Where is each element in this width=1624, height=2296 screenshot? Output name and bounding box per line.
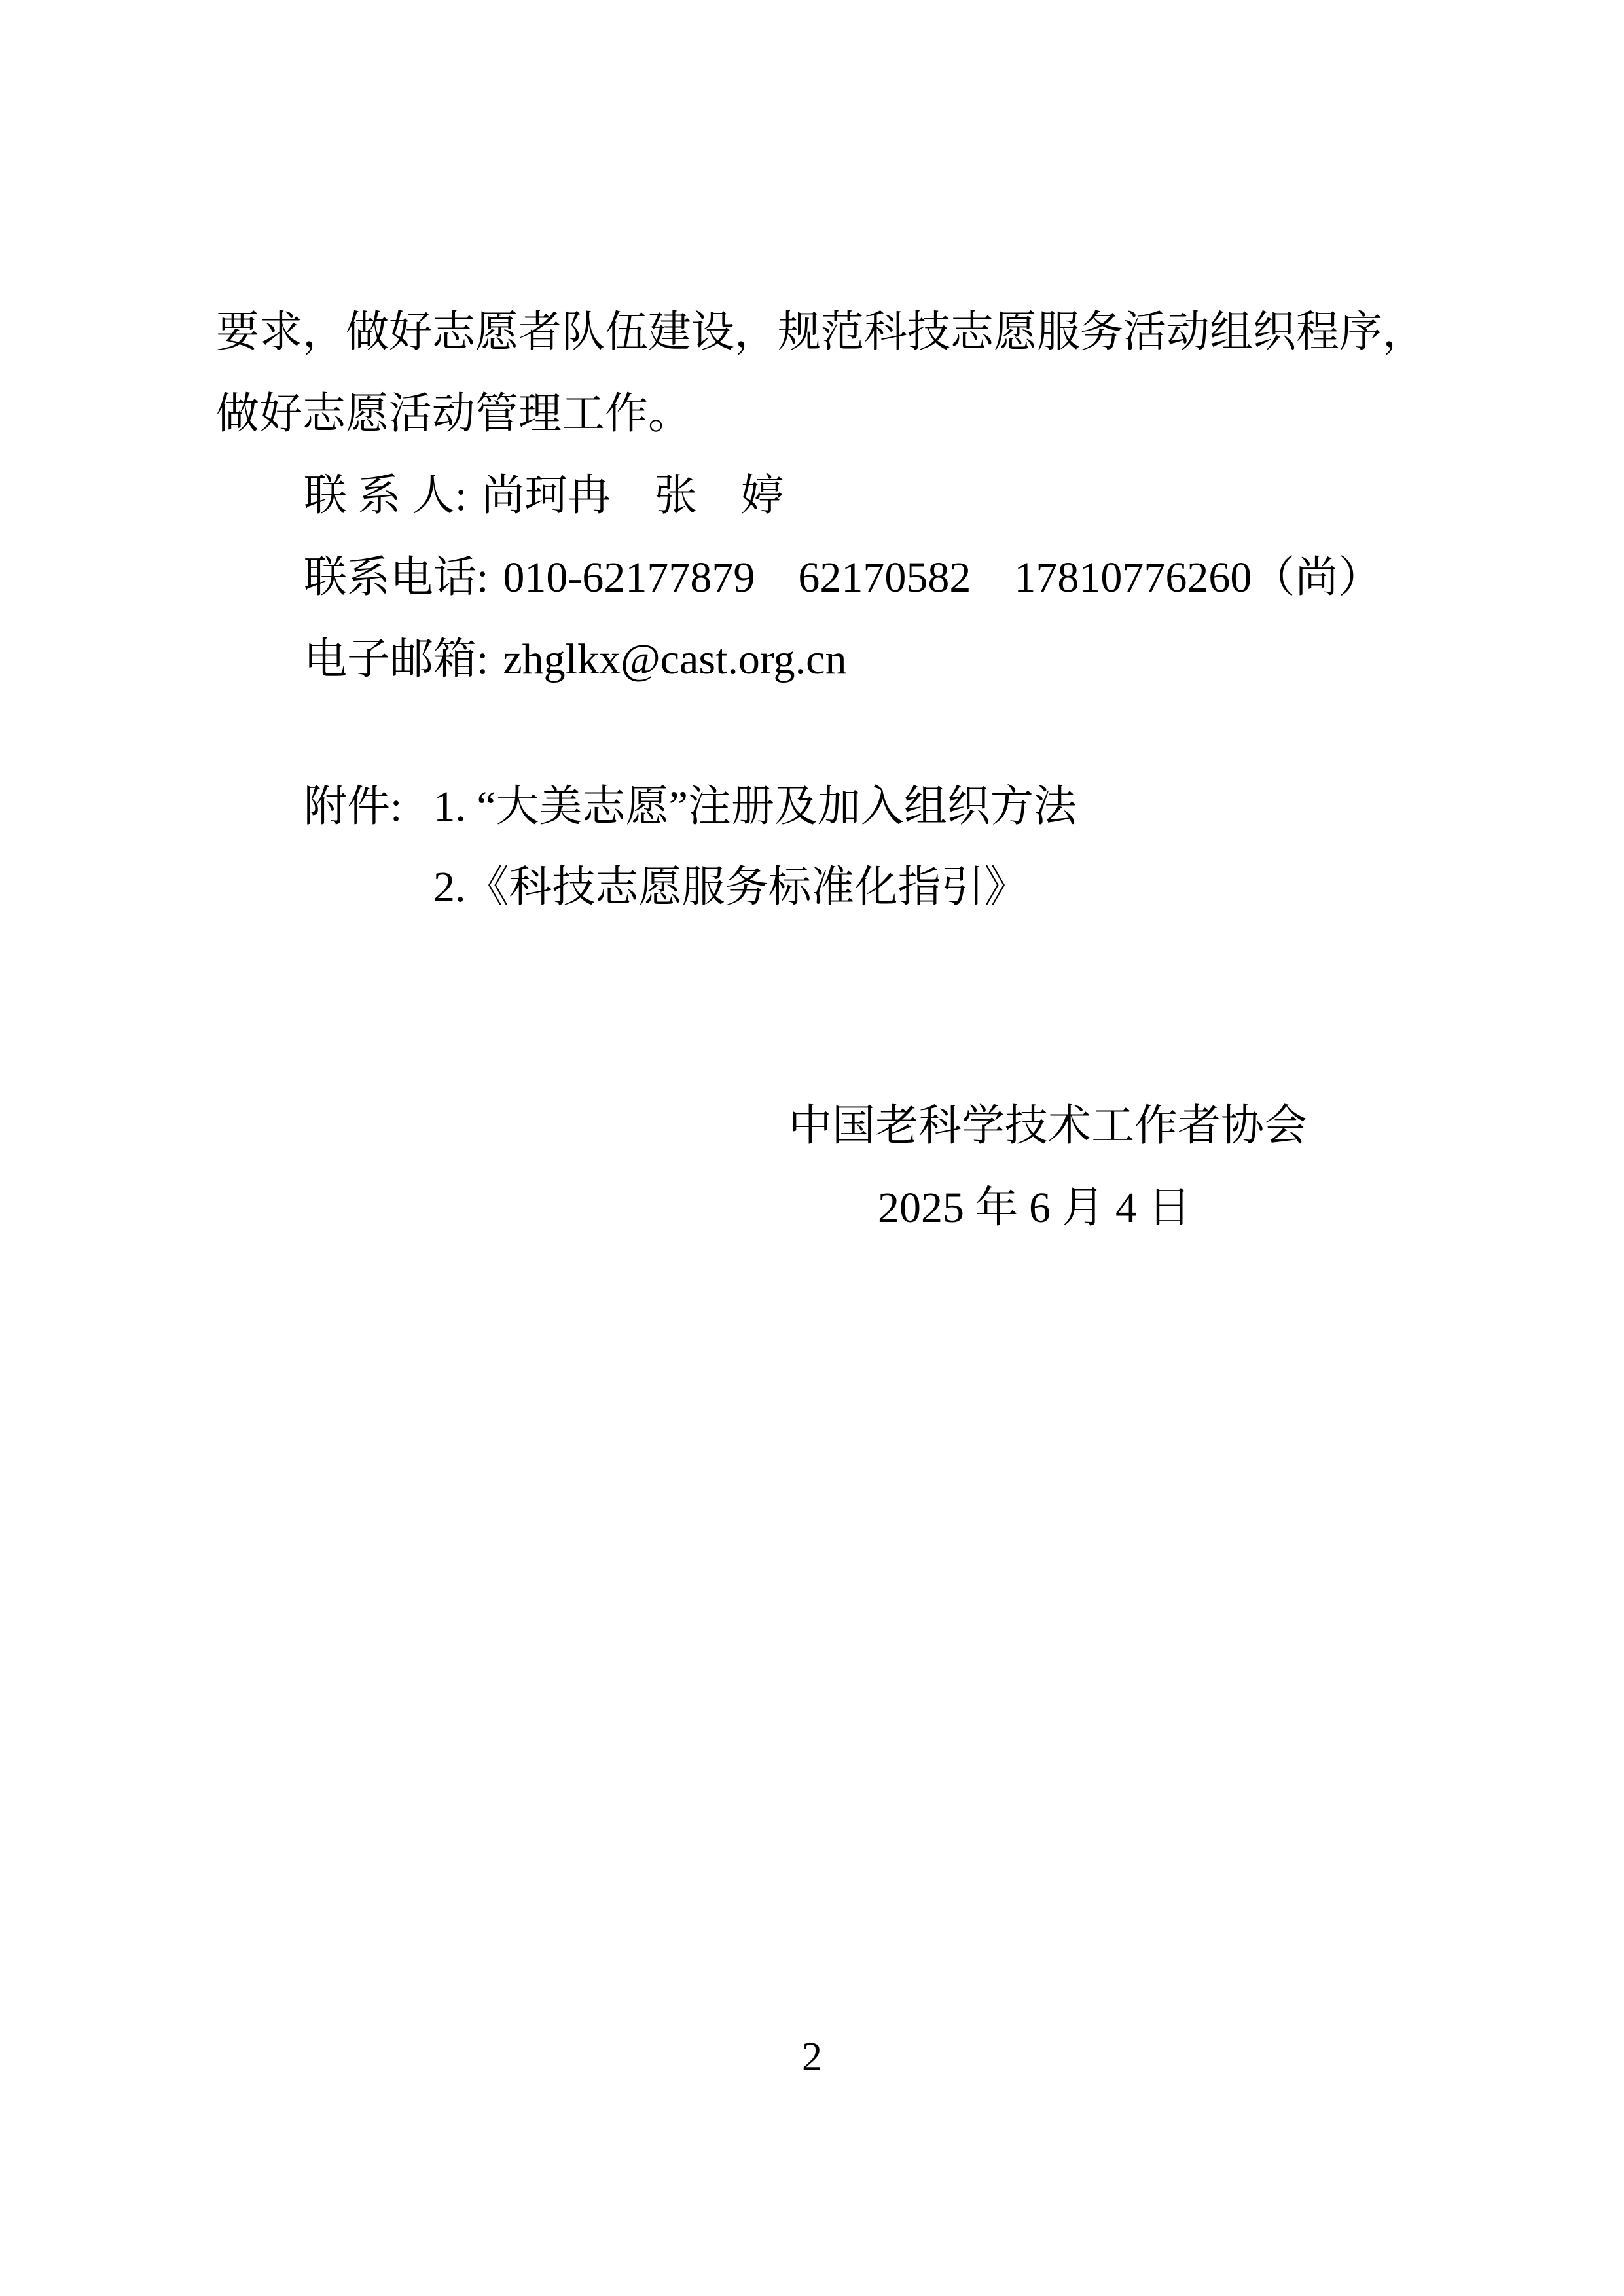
contact-person-line: 联 系 人:尚珂冉 张 婷 <box>304 475 784 518</box>
contact-person-value: 尚珂冉 张 婷 <box>481 472 784 520</box>
contact-email-label: 电子邮箱: <box>304 636 488 683</box>
attachments-label: 附件: <box>304 783 402 831</box>
signature-organization: 中国老科学技术工作者协会 <box>789 1105 1307 1148</box>
contact-phone-label: 联系电话: <box>304 554 488 601</box>
contact-person-label: 联 系 人: <box>304 472 467 520</box>
attachments-line-1: 附件:1. “大美志愿”注册及加入组织方法 <box>304 785 1077 829</box>
contact-phone-line: 联系电话:010-62177879 62170582 17810776260（尚… <box>304 556 1381 600</box>
attachment-item-2: 2.《科技志愿服务标准化指引》 <box>433 866 1028 909</box>
contact-phone-value: 010-62177879 62170582 17810776260（尚） <box>503 554 1381 601</box>
body-paragraph-line-2: 做好志愿活动管理工作。 <box>216 393 691 436</box>
document-page: 要求，做好志愿者队伍建设，规范科技志愿服务活动组织程序， 做好志愿活动管理工作。… <box>0 0 1624 2296</box>
contact-email-value: zhglkx@cast.org.cn <box>503 636 846 683</box>
attachment-item-1: 1. “大美志愿”注册及加入组织方法 <box>433 783 1077 831</box>
contact-email-line: 电子邮箱:zhglkx@cast.org.cn <box>304 638 846 681</box>
signature-date: 2025 年 6 月 4 日 <box>878 1187 1191 1230</box>
page-number: 2 <box>0 2037 1624 2077</box>
body-paragraph-line-1: 要求，做好志愿者队伍建设，规范科技志愿服务活动组织程序， <box>216 311 1426 354</box>
